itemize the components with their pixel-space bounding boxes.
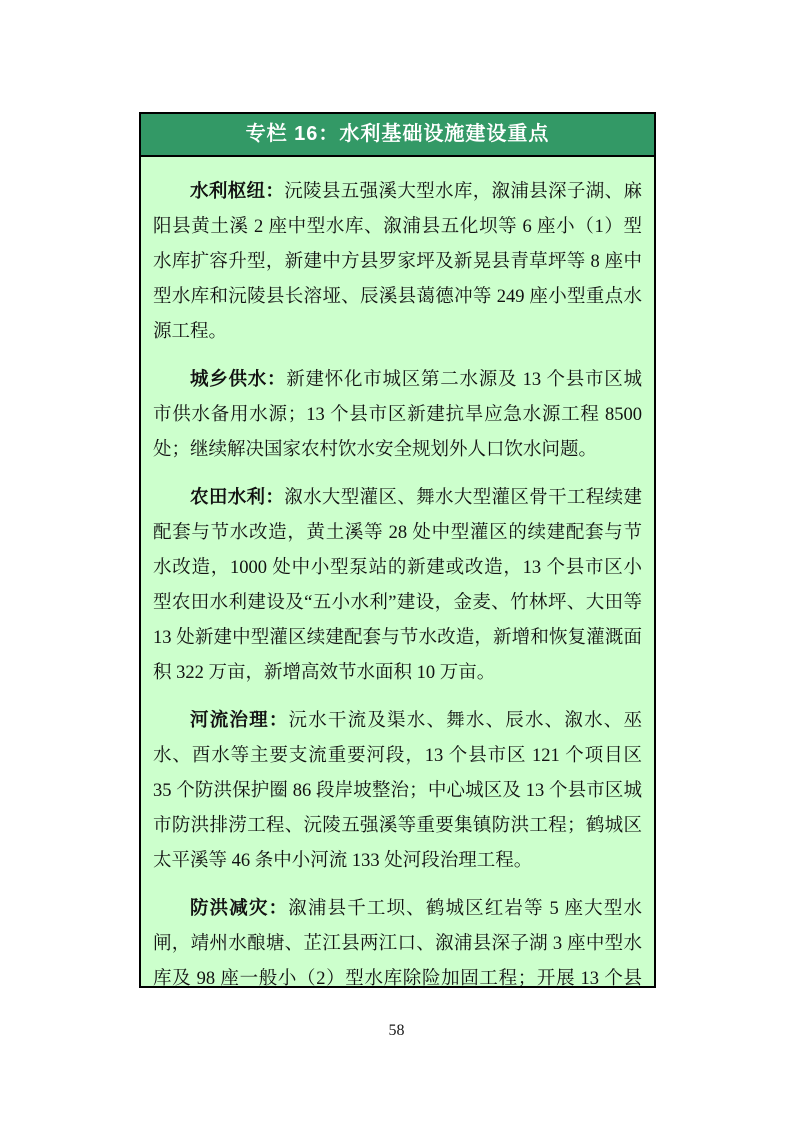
panel-body: 水利枢纽：沅陵县五强溪大型水库，溆浦县深子湖、麻阳县黄土溪 2 座中型水库、溆浦… (141, 157, 654, 986)
paragraph-urban-rural-water-supply: 城乡供水：新建怀化市城区第二水源及 13 个县市区城市供水备用水源；13 个县市… (153, 361, 642, 468)
paragraph-water-hub-text: 沅陵县五强溪大型水库，溆浦县深子湖、麻阳县黄土溪 2 座中型水库、溆浦县五化坝等… (153, 182, 642, 342)
paragraph-river-management: 河流治理：沅水干流及渠水、舞水、辰水、溆水、巫水、酉水等主要支流重要河段，13 … (153, 702, 642, 879)
paragraph-water-hub: 水利枢纽：沅陵县五强溪大型水库，溆浦县深子湖、麻阳县黄土溪 2 座中型水库、溆浦… (153, 173, 642, 350)
paragraph-farmland-irrigation-text: 溆水大型灌区、舞水大型灌区骨干工程续建配套与节水改造，黄土溪等 28 处中型灌区… (153, 488, 642, 683)
paragraph-river-management-label: 河流治理： (190, 709, 289, 730)
paragraph-river-management-text: 沅水干流及渠水、舞水、辰水、溆水、巫水、酉水等主要支流重要河段，13 个县市区 … (153, 711, 642, 871)
page-number: 58 (0, 1022, 793, 1040)
highlight-box: 专栏 16：水利基础设施建设重点 水利枢纽：沅陵县五强溪大型水库，溆浦县深子湖、… (139, 112, 656, 988)
paragraph-flood-control: 防洪减灾：溆浦县千工坝、鹤城区红岩等 5 座大型水闸，靖州水酿塘、芷江县两江口、… (153, 890, 642, 986)
paragraph-farmland-irrigation-label: 农田水利： (190, 486, 284, 507)
document-page: 专栏 16：水利基础设施建设重点 水利枢纽：沅陵县五强溪大型水库，溆浦县深子湖、… (0, 0, 793, 1122)
paragraph-farmland-irrigation: 农田水利：溆水大型灌区、舞水大型灌区骨干工程续建配套与节水改造，黄土溪等 28 … (153, 479, 642, 691)
paragraph-water-hub-label: 水利枢纽： (190, 180, 284, 201)
paragraph-flood-control-label: 防洪减灾： (190, 897, 288, 918)
panel-title: 专栏 16：水利基础设施建设重点 (141, 114, 654, 157)
paragraph-urban-rural-water-supply-label: 城乡供水： (190, 368, 286, 389)
